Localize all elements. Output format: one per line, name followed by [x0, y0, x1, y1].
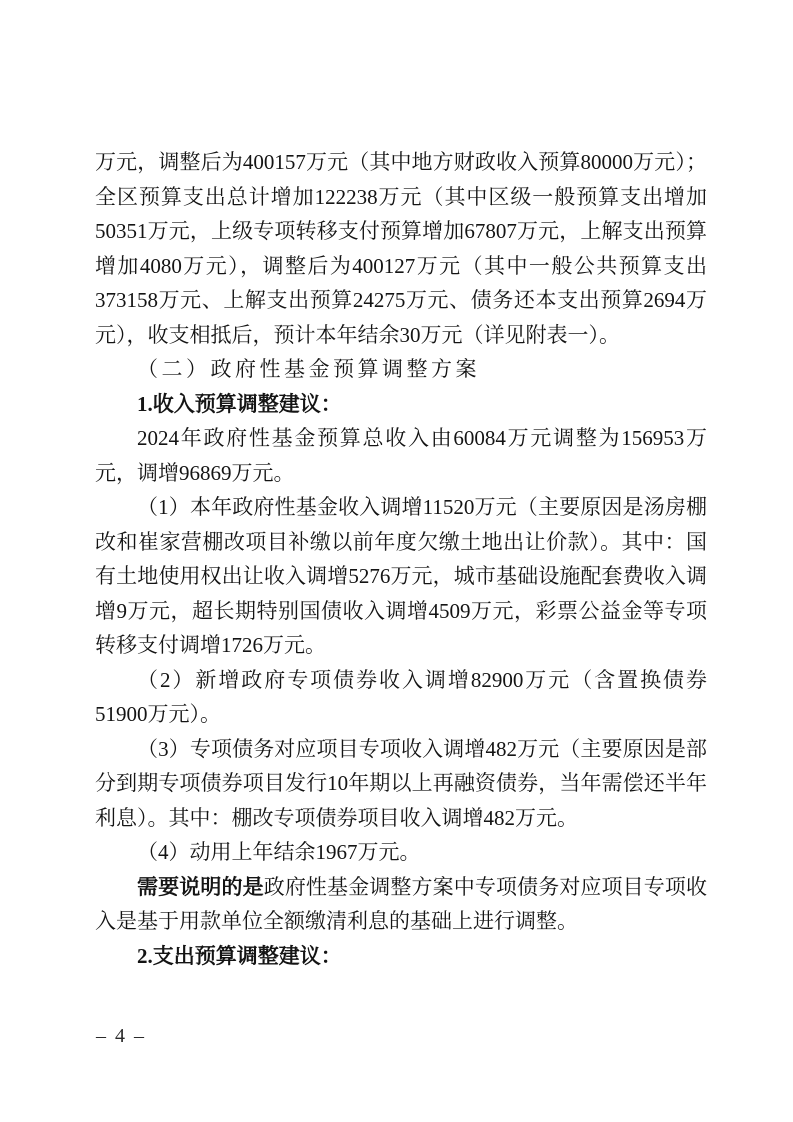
document-page: 万元，调整后为400157万元（其中地方财政收入预算80000万元）；全区预算支… — [0, 0, 793, 1122]
note-lead-bold: 需要说明的是 — [137, 875, 264, 899]
document-body: 万元，调整后为400157万元（其中地方财政收入预算80000万元）；全区预算支… — [95, 145, 707, 973]
heading-1-income-adjustment: 1.收入预算调整建议： — [95, 387, 707, 422]
page-number: – 4 – — [96, 1024, 146, 1048]
para-item-2-special-bond-income: （2）新增政府专项债券收入调增82900万元（含置换债券51900万元）。 — [95, 663, 707, 732]
heading-2-expenditure-adjustment: 2.支出预算调整建议： — [95, 939, 707, 974]
para-item-1-fund-income-increase: （1）本年政府性基金收入调增11520万元（主要原因是汤房棚改和崔家营棚改项目补… — [95, 490, 707, 663]
para-total-fund-income: 2024年政府性基金预算总收入由60084万元调整为156953万元，调增968… — [95, 421, 707, 490]
para-general-budget-continuation: 万元，调整后为400157万元（其中地方财政收入预算80000万元）；全区预算支… — [95, 145, 707, 352]
para-note: 需要说明的是政府性基金调整方案中专项债务对应项目专项收入是基于用款单位全额缴清利… — [95, 870, 707, 939]
para-item-3-project-special-income: （3）专项债务对应项目专项收入调增482万元（主要原因是部分到期专项债券项目发行… — [95, 732, 707, 836]
heading-section-ii-gov-fund-budget: （二）政府性基金预算调整方案 — [95, 352, 707, 387]
para-item-4-prior-year-carryover: （4）动用上年结余1967万元。 — [95, 835, 707, 870]
